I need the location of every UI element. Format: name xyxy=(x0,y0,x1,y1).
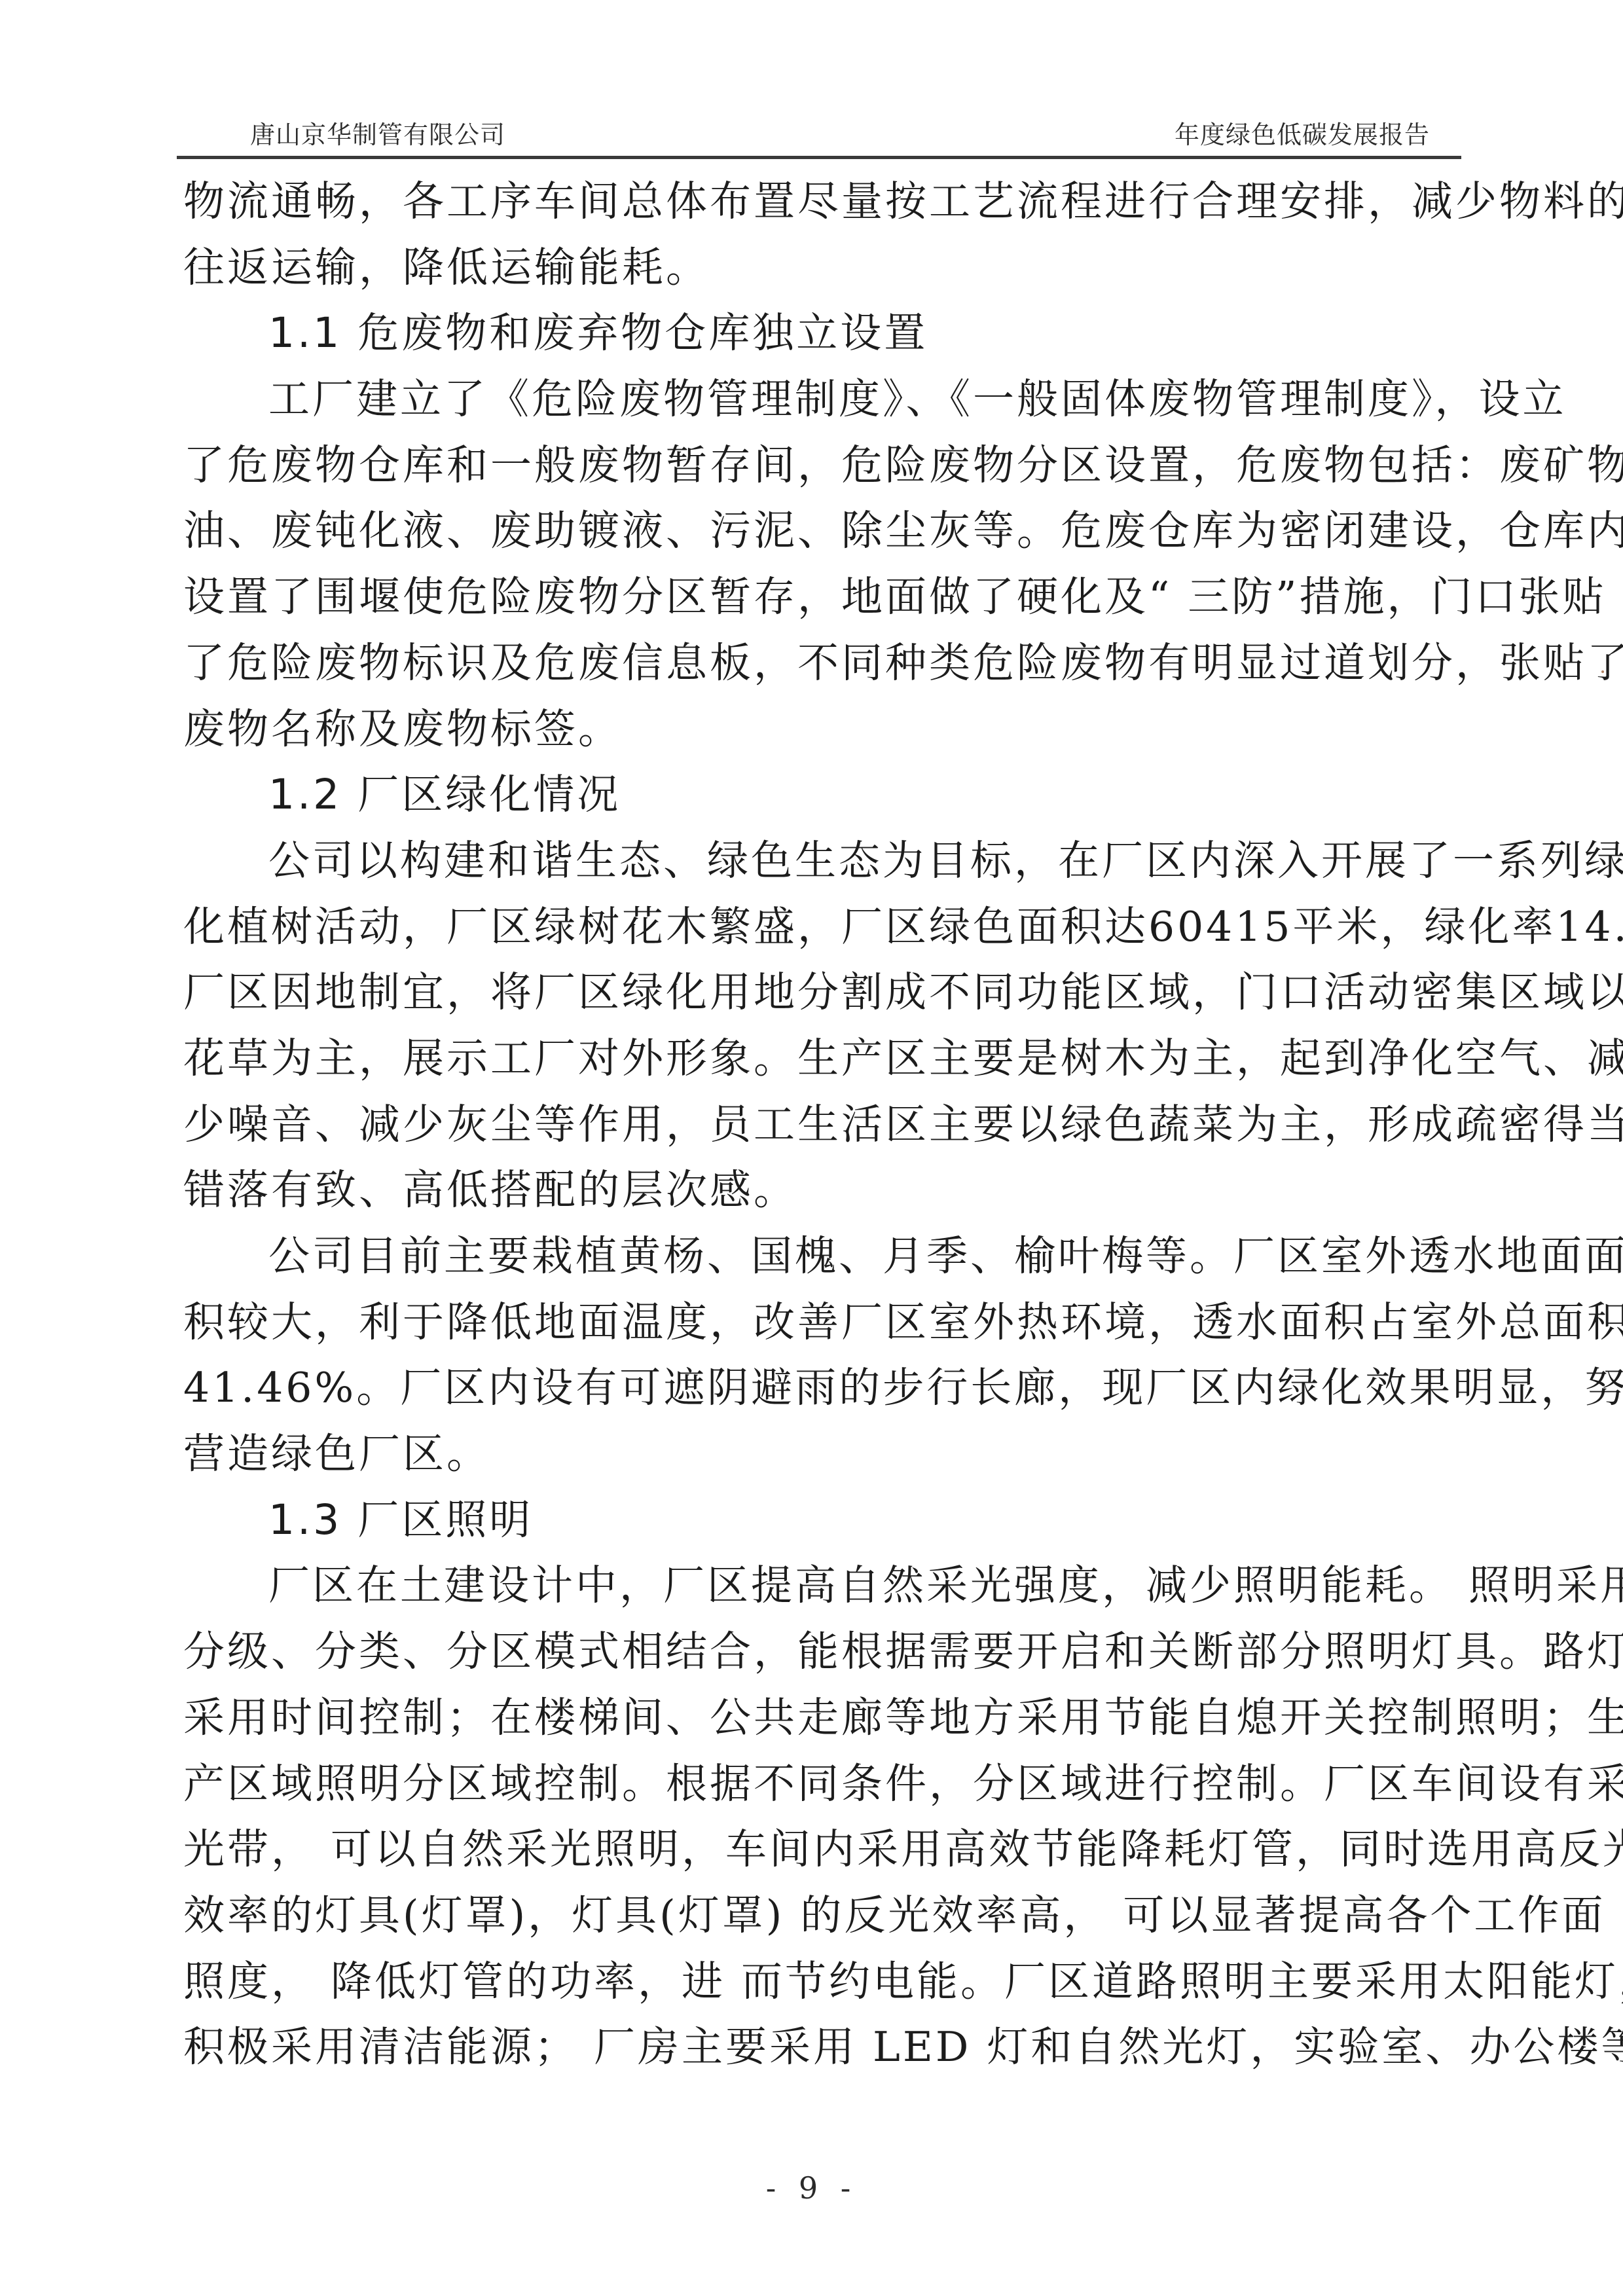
body-line: 公司以构建和谐生态、绿色生态为目标，在厂区内深入开展了一系列绿 xyxy=(183,828,1467,894)
section-heading: 1.1 危废物和废弃物仓库独立设置 xyxy=(183,301,1467,367)
header-report-title: 年度绿色低碳发展报告 xyxy=(1175,117,1430,153)
document-body: 物流通畅，各工序车间总体布置尽量按工艺流程进行合理安排，减少物料的往返运输，降低… xyxy=(183,169,1467,2081)
body-line: 照度， 降低灯管的功率，进 而节约电能。厂区道路照明主要采用太阳能灯， xyxy=(183,1949,1467,2015)
body-line: 了危废物仓库和一般废物暂存间，危险废物分区设置，危废物包括：废矿物 xyxy=(183,433,1467,499)
section-heading: 1.3 厂区照明 xyxy=(183,1487,1467,1554)
body-line: 了危险废物标识及危废信息板，不同种类危险废物有明显过道划分，张贴了 xyxy=(183,630,1467,697)
body-line: 分级、分类、分区模式相结合，能根据需要开启和关断部分照明灯具。路灯 xyxy=(183,1619,1467,1685)
body-line: 厂区在土建设计中，厂区提高自然采光强度，减少照明能耗。 照明采用 xyxy=(183,1553,1467,1619)
body-line: 花草为主，展示工厂对外形象。生产区主要是树木为主，起到净化空气、减 xyxy=(183,1026,1467,1092)
body-line: 营造绿色厂区。 xyxy=(183,1421,1467,1487)
body-line: 光带， 可以自然采光照明，车间内采用高效节能降耗灯管，同时选用高反光 xyxy=(183,1817,1467,1883)
header-divider xyxy=(177,156,1461,159)
page-number: - 9 - xyxy=(0,2168,1623,2208)
body-line: 工厂建立了《危险废物管理制度》、《一般固体废物管理制度》，设立 xyxy=(183,367,1467,433)
section-heading: 1.2 厂区绿化情况 xyxy=(183,762,1467,828)
body-line: 物流通畅，各工序车间总体布置尽量按工艺流程进行合理安排，减少物料的 xyxy=(183,169,1467,235)
body-line: 废物名称及废物标签。 xyxy=(183,697,1467,763)
body-line: 错落有致、高低搭配的层次感。 xyxy=(183,1157,1467,1224)
body-line: 积较大，利于降低地面温度，改善厂区室外热环境，透水面积占室外总面积 xyxy=(183,1290,1467,1356)
body-line: 油、废钝化液、废助镀液、污泥、除尘灰等。危废仓库为密闭建设，仓库内 xyxy=(183,498,1467,564)
body-line: 采用时间控制；在楼梯间、公共走廊等地方采用节能自熄开关控制照明；生 xyxy=(183,1685,1467,1751)
page-header: 唐山京华制管有限公司 年度绿色低碳发展报告 xyxy=(177,117,1461,153)
body-line: 41.46%。厂区内设有可遮阴避雨的步行长廊，现厂区内绿化效果明显，努力 xyxy=(183,1355,1467,1421)
body-line: 化植树活动，厂区绿树花木繁盛，厂区绿色面积达60415平米，绿化率14.35%。 xyxy=(183,894,1467,960)
body-line: 效率的灯具(灯罩)，灯具(灯罩) 的反光效率高， 可以显著提高各个工作面 xyxy=(183,1883,1467,1949)
body-line: 厂区因地制宜，将厂区绿化用地分割成不同功能区域，门口活动密集区域以 xyxy=(183,960,1467,1026)
body-line: 公司目前主要栽植黄杨、国槐、月季、榆叶梅等。厂区室外透水地面面 xyxy=(183,1224,1467,1290)
body-line: 设置了围堰使危险废物分区暂存，地面做了硬化及“ 三防”措施，门口张贴 xyxy=(183,564,1467,630)
header-company-name: 唐山京华制管有限公司 xyxy=(250,117,505,153)
body-line: 少噪音、减少灰尘等作用，员工生活区主要以绿色蔬菜为主，形成疏密得当、 xyxy=(183,1092,1467,1158)
body-line: 产区域照明分区域控制。根据不同条件，分区域进行控制。厂区车间设有采 xyxy=(183,1751,1467,1817)
scan-speck xyxy=(1601,670,1604,673)
body-line: 积极采用清洁能源； 厂房主要采用 LED 灯和自然光灯，实验室、办公楼等 xyxy=(183,2014,1467,2081)
body-line: 往返运输，降低运输能耗。 xyxy=(183,235,1467,301)
